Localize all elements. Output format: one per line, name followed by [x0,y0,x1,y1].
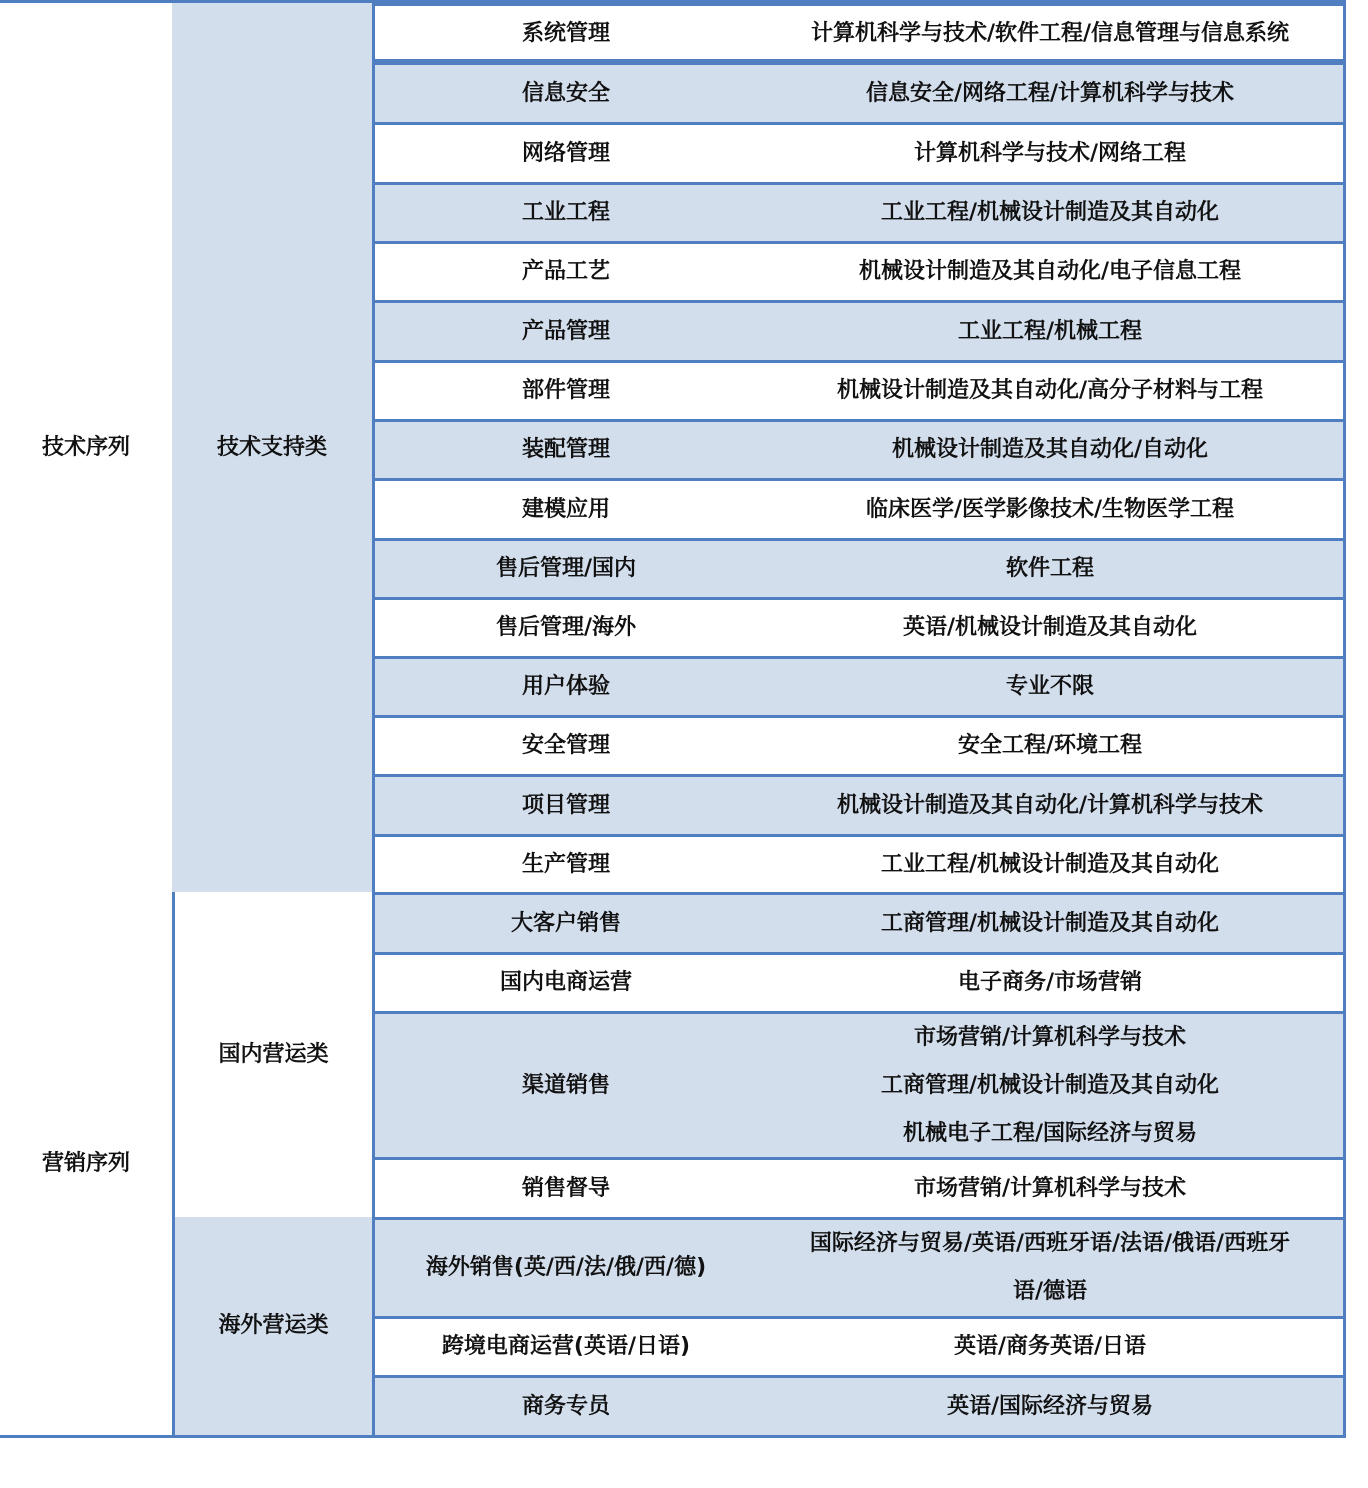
position-label: 系统管理 [522,10,610,58]
position-cell: 部件管理 [372,360,760,422]
position-cell: 售后管理/海外 [372,597,760,659]
position-cell: 商务专员 [372,1375,760,1438]
position-label: 售后管理/国内 [496,545,636,593]
category-cell-domestic: 国内营运类 [172,892,375,1220]
position-cell: 渠道销售 [372,1011,760,1160]
majors-cell: 市场营销/计算机科学与技术 [757,1157,1346,1220]
majors-cell: 电子商务/市场营销 [757,952,1346,1014]
majors-label: 机械设计制造及其自动化/电子信息工程 [859,248,1241,296]
majors-label: 英语/国际经济与贸易 [947,1383,1153,1431]
majors-line: 语/德语 [1013,1268,1087,1316]
majors-label: 机械设计制造及其自动化/自动化 [892,426,1208,474]
majors-label: 英语/商务英语/日语 [954,1323,1146,1371]
majors-label: 工业工程/机械设计制造及其自动化 [881,841,1219,889]
position-cell: 建模应用 [372,478,760,541]
majors-label: 机械设计制造及其自动化/计算机科学与技术 [837,782,1263,830]
position-cell: 信息安全 [372,62,760,125]
majors-cell: 计算机科学与技术/软件工程/信息管理与信息系统 [757,3,1346,65]
majors-cell: 英语/商务英语/日语 [757,1316,1346,1378]
majors-line: 市场营销/计算机科学与技术 [914,1014,1186,1062]
position-label: 部件管理 [522,367,610,415]
majors-label: 电子商务/市场营销 [958,959,1142,1007]
majors-label: 信息安全/网络工程/计算机科学与技术 [866,70,1234,118]
position-label: 销售督导 [522,1165,610,1213]
position-label: 海外销售(英/西/法/俄/西/德) [426,1244,706,1292]
position-cell: 国内电商运营 [372,952,760,1014]
majors-label: 专业不限 [1006,663,1094,711]
position-label: 用户体验 [522,663,610,711]
position-label: 工业工程 [522,189,610,237]
position-cell: 产品工艺 [372,241,760,303]
majors-label: 工商管理/机械设计制造及其自动化 [881,900,1219,948]
majors-label: 英语/机械设计制造及其自动化 [903,604,1197,652]
position-label: 安全管理 [522,722,610,770]
majors-cell: 英语/机械设计制造及其自动化 [757,597,1346,659]
majors-cell: 机械设计制造及其自动化/高分子材料与工程 [757,360,1346,422]
position-label: 跨境电商运营(英语/日语) [442,1323,690,1371]
majors-label: 机械设计制造及其自动化/高分子材料与工程 [837,367,1263,415]
position-label: 售后管理/海外 [496,604,636,652]
position-cell: 跨境电商运营(英语/日语) [372,1316,760,1378]
series-label: 营销序列 [42,1140,130,1188]
position-cell: 网络管理 [372,122,760,185]
position-label: 商务专员 [522,1383,610,1431]
position-cell: 产品管理 [372,300,760,363]
majors-cell: 英语/国际经济与贸易 [757,1375,1346,1438]
majors-cell: 专业不限 [757,656,1346,718]
majors-cell: 工业工程/机械工程 [757,300,1346,363]
category-cell-tech-support: 技术支持类 [172,3,375,895]
position-cell: 系统管理 [372,3,760,65]
series-label: 技术序列 [42,424,130,472]
position-label: 产品工艺 [522,248,610,296]
majors-label: 软件工程 [1006,545,1094,593]
position-label: 产品管理 [522,308,610,356]
majors-cell: 信息安全/网络工程/计算机科学与技术 [757,62,1346,125]
majors-label: 计算机科学与技术/网络工程 [914,130,1186,178]
position-cell: 海外销售(英/西/法/俄/西/德) [372,1217,760,1319]
position-cell: 项目管理 [372,774,760,837]
position-cell: 生产管理 [372,834,760,895]
position-cell: 销售督导 [372,1157,760,1220]
majors-cell: 机械设计制造及其自动化/计算机科学与技术 [757,774,1346,837]
majors-cell: 机械设计制造及其自动化/自动化 [757,419,1346,481]
position-cell: 安全管理 [372,715,760,777]
position-cell: 用户体验 [372,656,760,718]
position-label: 建模应用 [522,486,610,534]
majors-cell: 国际经济与贸易/英语/西班牙语/法语/俄语/西班牙语/德语 [757,1217,1346,1319]
majors-cell: 临床医学/医学影像技术/生物医学工程 [757,478,1346,541]
majors-cell: 计算机科学与技术/网络工程 [757,122,1346,185]
majors-label: 临床医学/医学影像技术/生物医学工程 [866,486,1234,534]
position-cell: 大客户销售 [372,892,760,955]
majors-line: 国际经济与贸易/英语/西班牙语/法语/俄语/西班牙 [810,1220,1290,1268]
category-label: 海外营运类 [218,1302,328,1350]
position-label: 渠道销售 [522,1062,610,1110]
position-label: 项目管理 [522,782,610,830]
thick-row-divider [372,59,1346,65]
majors-cell: 安全工程/环境工程 [757,715,1346,777]
category-label: 技术支持类 [217,424,327,472]
position-label: 生产管理 [522,841,610,889]
majors-line: 工商管理/机械设计制造及其自动化 [881,1062,1219,1110]
category-cell-overseas: 海外营运类 [172,1217,375,1438]
position-label: 网络管理 [522,130,610,178]
majors-cell: 市场营销/计算机科学与技术工商管理/机械设计制造及其自动化机械电子工程/国际经济… [757,1011,1346,1160]
position-label: 国内电商运营 [500,959,632,1007]
position-cell: 售后管理/国内 [372,538,760,600]
majors-cell: 工业工程/机械设计制造及其自动化 [757,834,1346,895]
majors-cell: 软件工程 [757,538,1346,600]
position-label: 装配管理 [522,426,610,474]
position-cell: 装配管理 [372,419,760,481]
position-label: 信息安全 [522,70,610,118]
majors-label: 计算机科学与技术/软件工程/信息管理与信息系统 [811,10,1289,58]
position-cell: 工业工程 [372,182,760,244]
majors-label: 工业工程/机械设计制造及其自动化 [881,189,1219,237]
position-label: 大客户销售 [511,900,621,948]
majors-line: 机械电子工程/国际经济与贸易 [903,1110,1197,1158]
majors-cell: 机械设计制造及其自动化/电子信息工程 [757,241,1346,303]
majors-cell: 工商管理/机械设计制造及其自动化 [757,892,1346,955]
series-cell-tech: 技术序列 [0,3,175,895]
majors-label: 安全工程/环境工程 [958,722,1142,770]
series-cell-marketing: 营销序列 [0,892,175,1438]
majors-cell: 工业工程/机械设计制造及其自动化 [757,182,1346,244]
majors-label: 工业工程/机械工程 [958,308,1142,356]
category-label: 国内营运类 [218,1031,328,1079]
majors-label: 市场营销/计算机科学与技术 [914,1165,1186,1213]
